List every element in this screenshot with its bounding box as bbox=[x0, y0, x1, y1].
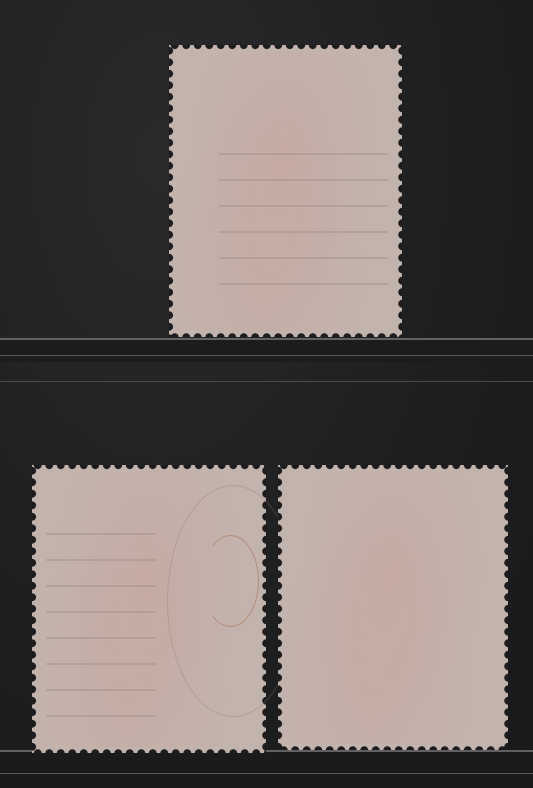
stock-strip-top bbox=[0, 340, 533, 362]
cancellation-lines bbox=[46, 515, 156, 723]
stock-card bbox=[0, 0, 533, 788]
stock-strip-line bbox=[0, 355, 533, 356]
stamp-back-bottom-right bbox=[278, 465, 508, 750]
stock-strip-line bbox=[0, 773, 533, 774]
pen-mark bbox=[202, 535, 259, 627]
stamp-back-top bbox=[169, 45, 402, 337]
stock-strip-bottom bbox=[0, 752, 533, 788]
stock-strip-line bbox=[0, 381, 533, 382]
cancellation-lines bbox=[219, 135, 388, 287]
stamp-back-bottom-left bbox=[32, 465, 266, 753]
